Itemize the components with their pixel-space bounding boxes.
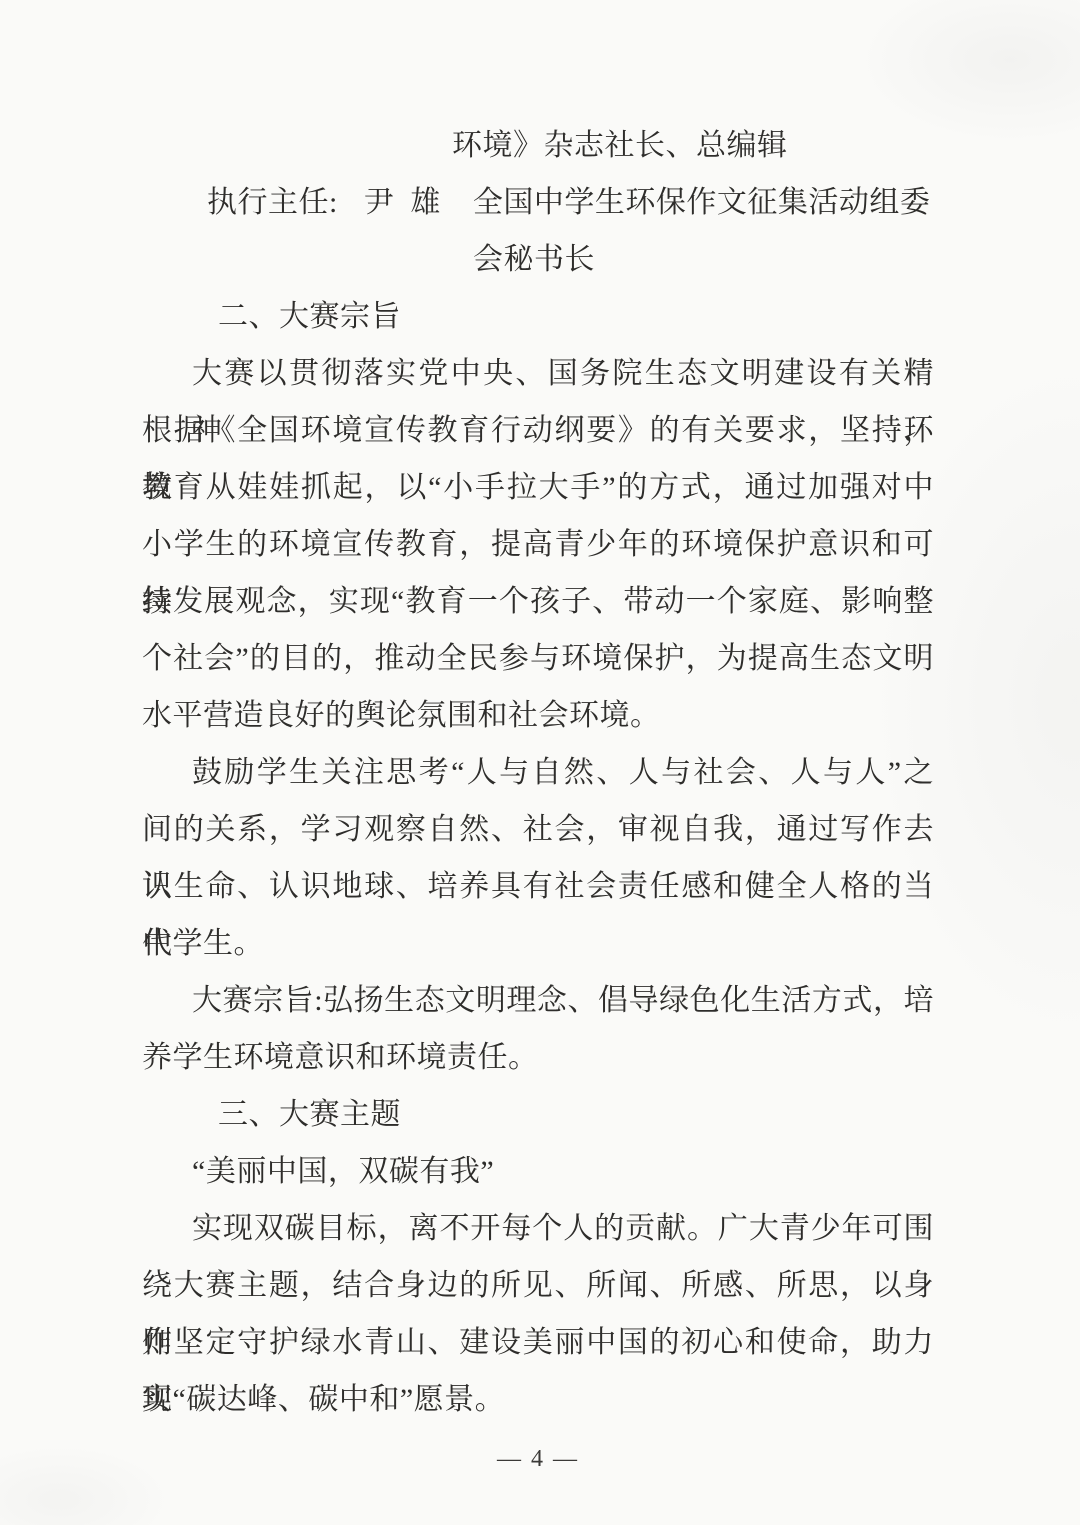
document-text-block: 环境》杂志社长、总编辑 执行主任: 尹 雄 全国中学生环保作文征集活动组委 会秘… (142, 117, 934, 1485)
doc-line: 实现双碳目标，离不开每个人的贡献。广大青少年可围 (142, 1200, 934, 1257)
exec-director-org-continuation: 会秘书长 (142, 231, 934, 288)
doc-line: 则坚定守护绿水青山、建设美丽中国的初心和使命，助力实 (142, 1314, 934, 1371)
doc-line: 大赛以贯彻落实党中央、国务院生态文明建设有关精神， (142, 345, 934, 402)
doc-line: 个社会”的目的，推动全民参与环境保护，为提高生态文明 (142, 630, 934, 687)
document-page: 环境》杂志社长、总编辑 执行主任: 尹 雄 全国中学生环保作文征集活动组委 会秘… (0, 0, 1080, 1525)
doc-line: 水平营造良好的舆论氛围和社会环境。 (142, 687, 934, 744)
exec-director-name: 尹 雄 (364, 186, 441, 219)
header-title-continuation: 环境》杂志社长、总编辑 (142, 117, 934, 174)
page-number: — 4 — (497, 1446, 579, 1472)
doc-line: 养学生环境意识和环境责任。 (142, 1029, 934, 1086)
exec-director-line: 执行主任: 尹 雄 全国中学生环保作文征集活动组委 (142, 174, 934, 231)
doc-line: 小学生的环境宣传教育，提高青少年的环境保护意识和可持 (142, 516, 934, 573)
doc-line: 间的关系，学习观察自然、社会，审视自我，通过写作去认 (142, 801, 934, 858)
doc-line: 鼓励学生关注思考“人与自然、人与社会、人与人”之 (142, 744, 934, 801)
section-heading-purpose: 二、大赛宗旨 (142, 288, 934, 345)
doc-line: 识生命、认识地球、培养具有社会责任感和健全人格的当代 (142, 858, 934, 915)
exec-director-org: 全国中学生环保作文征集活动组委 (473, 186, 931, 219)
doc-line: 中学生。 (142, 915, 934, 972)
doc-line: 续发展观念，实现“教育一个孩子、带动一个家庭、影响整 (142, 573, 934, 630)
doc-line: 现“碳达峰、碳中和”愿景。 (142, 1371, 934, 1428)
doc-line: 教育从娃娃抓起，以“小手拉大手”的方式，通过加强对中 (142, 459, 934, 516)
section-heading-theme: 三、大赛主题 (142, 1086, 934, 1143)
doc-line: 根据《全国环境宣传教育行动纲要》的有关要求，坚持环境 (142, 402, 934, 459)
doc-line: 大赛宗旨:弘扬生态文明理念、倡导绿色化生活方式，培 (142, 972, 934, 1029)
theme-slogan: “美丽中国，双碳有我” (142, 1143, 934, 1200)
doc-line: 绕大赛主题，结合身边的所见、所闻、所感、所思，以身作 (142, 1257, 934, 1314)
exec-director-label: 执行主任: (207, 186, 338, 219)
page-footer: — 4 — (142, 1428, 934, 1485)
